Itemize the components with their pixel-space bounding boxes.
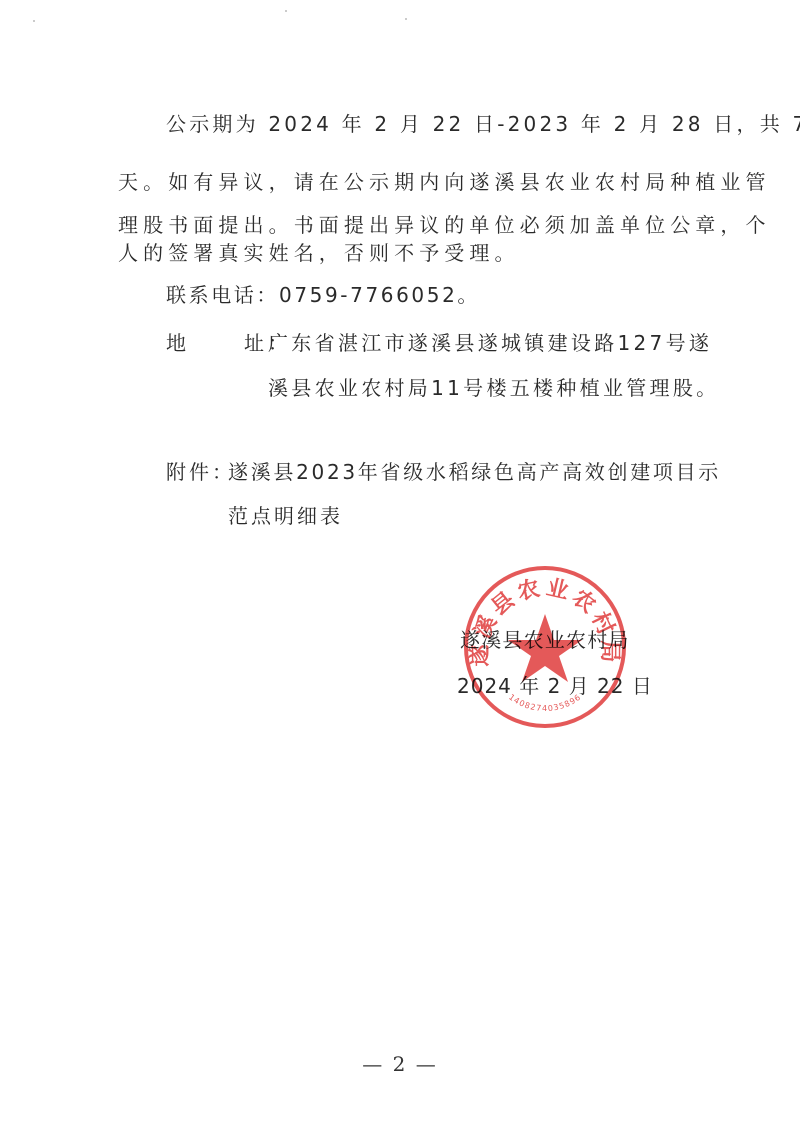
scan-speck <box>33 20 35 22</box>
scan-speck <box>405 18 407 20</box>
seal-serial-number: 1408274035896 <box>507 692 583 713</box>
star-icon <box>508 614 582 682</box>
address-line: 溪县农业农村局11号楼五楼种植业管理股。 <box>268 376 719 400</box>
phone-label: 联系电话： <box>166 283 279 307</box>
paragraph-line: 人的签署真实姓名，否则不予受理。 <box>118 241 520 265</box>
paragraph-line: 公示期为 2024 年 2 月 22 日-2023 年 2 月 28 日，共 7 <box>166 112 800 136</box>
phone-value: 0759-7766052。 <box>279 283 480 307</box>
address-line: 广东省湛江市遂溪县遂城镇建设路127号遂 <box>268 331 712 355</box>
page-number: — 2 — <box>0 1052 800 1076</box>
scan-speck <box>285 10 287 12</box>
official-seal-stamp: 遂溪县农业农村局 1408274035896 <box>462 564 628 730</box>
attachment-line: 遂溪县2023年省级水稻绿色高产高效创建项目示 <box>228 460 721 484</box>
paragraph-line: 天。如有异议，请在公示期内向遂溪县农业农村局种植业管 <box>118 170 771 194</box>
attachment-line: 范点明细表 <box>228 504 343 528</box>
attachment-label: 附件： <box>166 460 235 484</box>
paragraph-line: 理股书面提出。书面提出异议的单位必须加盖单位公章，个 <box>118 213 771 237</box>
document-page: 公示期为 2024 年 2 月 22 日-2023 年 2 月 28 日，共 7… <box>0 0 800 1130</box>
contact-phone: 联系电话：0759-7766052。 <box>166 283 480 307</box>
address-label-left: 地 <box>166 331 190 355</box>
